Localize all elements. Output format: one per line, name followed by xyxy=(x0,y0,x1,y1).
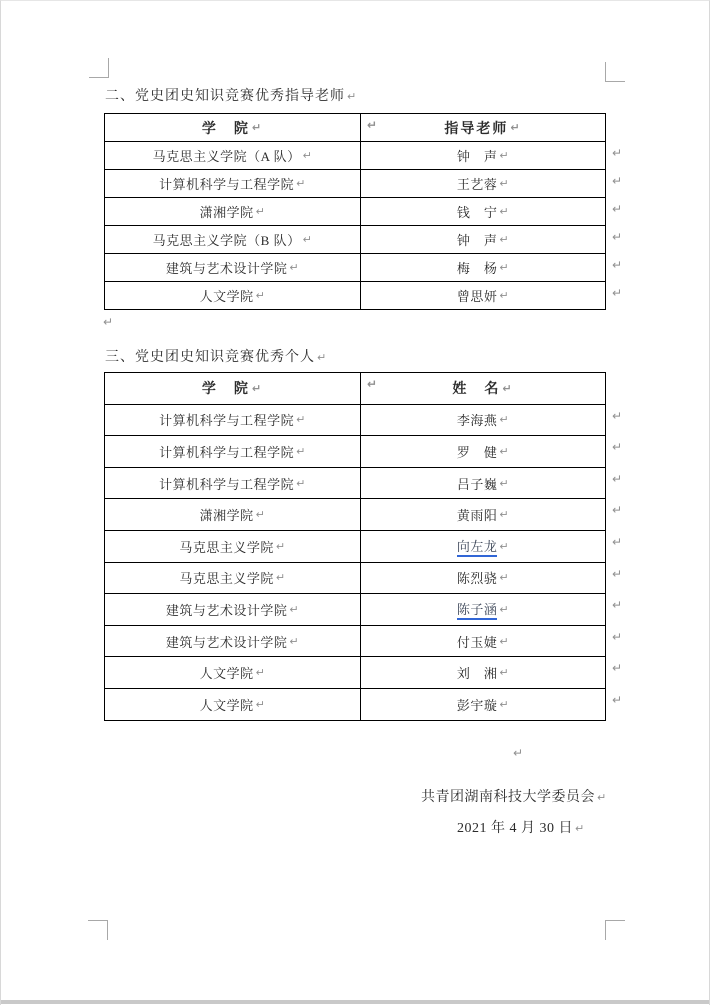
name-text: 黄雨阳 xyxy=(457,505,498,524)
paragraph-mark: ↵ xyxy=(499,666,509,679)
table-row: 计算机科学与工程学院↵李海燕↵↵ xyxy=(105,404,606,436)
section-2-title: 二、党史团史知识竞赛优秀指导老师↵ xyxy=(105,88,357,105)
name-cell: 付玉婕↵↵ xyxy=(361,625,606,657)
college-text: 潇湘学院 xyxy=(200,202,254,221)
paragraph-mark: ↵ xyxy=(289,261,299,274)
table-row: 人文学院↵彭宇璇↵↵ xyxy=(105,688,606,720)
paragraph-mark: ↵ xyxy=(513,746,523,760)
college-text: 马克思主义学院（A 队） xyxy=(153,146,301,165)
name-cell: 王艺蓉↵↵ xyxy=(361,170,606,198)
margin-crop-mark-top-right xyxy=(605,62,625,82)
paragraph-mark: ↵ xyxy=(575,822,585,835)
college-text: 马克思主义学院（B 队） xyxy=(153,230,301,249)
college-text: 建筑与艺术设计学院 xyxy=(166,258,288,277)
row-end-mark: ↵ xyxy=(612,230,623,244)
paragraph-mark: ↵ xyxy=(502,382,513,395)
name-text: 王艺蓉 xyxy=(457,174,498,193)
header-text: 学 院 xyxy=(202,378,250,398)
paragraph-mark: ↵ xyxy=(256,205,266,218)
paragraph-mark: ↵ xyxy=(510,121,521,134)
table-header-row: 学 院↵↵ 指导老师↵ xyxy=(105,114,606,142)
row-end-mark: ↵ xyxy=(612,286,623,300)
name-cell: 陈烈骁↵↵ xyxy=(361,562,606,594)
name-cell: 黄雨阳↵↵ xyxy=(361,499,606,531)
paragraph-mark: ↵ xyxy=(303,233,313,246)
paragraph-mark: ↵ xyxy=(256,508,266,521)
paragraph-mark: ↵ xyxy=(499,477,509,490)
name-header-cell: 姓 名↵ xyxy=(361,373,606,405)
organization-text: 共青团湖南科技大学委员会 xyxy=(421,790,595,805)
paragraph-mark: ↵ xyxy=(499,289,509,302)
table-row: 马克思主义学院（A 队）↵钟 声↵↵ xyxy=(105,142,606,170)
college-cell: 计算机科学与工程学院↵ xyxy=(105,170,361,198)
college-cell: 计算机科学与工程学院↵ xyxy=(105,436,361,468)
row-end-mark: ↵ xyxy=(612,472,623,486)
name-cell: 彭宇璇↵↵ xyxy=(361,688,606,720)
row-end-mark: ↵ xyxy=(612,693,623,707)
paragraph-mark: ↵ xyxy=(256,666,266,679)
advisors-table: 学 院↵↵ 指导老师↵ 马克思主义学院（A 队）↵钟 声↵↵计算机科学与工程学院… xyxy=(104,113,606,310)
margin-crop-mark-bottom-left xyxy=(88,920,108,940)
row-end-mark: ↵ xyxy=(612,440,623,454)
paragraph-mark: ↵ xyxy=(597,791,607,804)
college-text: 建筑与艺术设计学院 xyxy=(166,600,288,619)
table-row: 马克思主义学院↵向左龙↵↵ xyxy=(105,530,606,562)
college-cell: 潇湘学院↵ xyxy=(105,499,361,531)
section-3-title: 三、党史团史知识竞赛优秀个人↵ xyxy=(105,349,327,366)
college-text: 人文学院 xyxy=(200,663,254,682)
signature-date: 2021 年 4 月 30 日↵ xyxy=(457,817,585,837)
document-page: 二、党史团史知识竞赛优秀指导老师↵ 学 院↵↵ 指导老师↵ 马克思主义学院（A … xyxy=(0,0,710,1005)
row-end-mark: ↵ xyxy=(612,258,623,272)
name-cell: 吕子巍↵↵ xyxy=(361,467,606,499)
paragraph-mark: ↵ xyxy=(499,635,509,648)
paragraph-mark: ↵ xyxy=(256,698,266,711)
college-header-cell: 学 院↵↵ xyxy=(105,114,361,142)
name-text: 陈烈骁 xyxy=(457,568,498,587)
table-row: 计算机科学与工程学院↵吕子巍↵↵ xyxy=(105,467,606,499)
signature-organization: 共青团湖南科技大学委员会↵ xyxy=(421,786,607,806)
row-end-mark: ↵ xyxy=(612,409,623,423)
row-end-mark: ↵ xyxy=(612,567,623,581)
row-end-mark: ↵ xyxy=(612,174,623,188)
table-row: 潇湘学院↵钱 宁↵↵ xyxy=(105,198,606,226)
name-cell: 钱 宁↵↵ xyxy=(361,198,606,226)
table-row: 马克思主义学院↵陈烈骁↵↵ xyxy=(105,562,606,594)
college-cell: 建筑与艺术设计学院↵ xyxy=(105,254,361,282)
margin-crop-mark-bottom-right xyxy=(605,920,625,940)
paragraph-mark: ↵ xyxy=(256,289,266,302)
header-text: 学 院 xyxy=(202,118,250,138)
college-text: 计算机科学与工程学院 xyxy=(159,410,294,429)
paragraph-mark: ↵ xyxy=(289,635,299,648)
paragraph-mark: ↵ xyxy=(303,149,313,162)
college-text: 潇湘学院 xyxy=(200,505,254,524)
college-cell: 计算机科学与工程学院↵ xyxy=(105,467,361,499)
name-text: 曾思妍 xyxy=(457,286,498,305)
name-link[interactable]: 向左龙 xyxy=(457,536,498,557)
college-cell: 马克思主义学院（A 队）↵ xyxy=(105,142,361,170)
paragraph-mark: ↵ xyxy=(499,508,509,521)
paragraph-mark: ↵ xyxy=(499,413,509,426)
paragraph-mark: ↵ xyxy=(499,149,509,162)
paragraph-mark: ↵ xyxy=(252,382,263,395)
college-cell: 人文学院↵ xyxy=(105,657,361,689)
individuals-table: 学 院↵↵ 姓 名↵ 计算机科学与工程学院↵李海燕↵↵计算机科学与工程学院↵罗 … xyxy=(104,372,606,721)
name-cell: 陈子涵↵↵ xyxy=(361,594,606,626)
name-text: 钟 声 xyxy=(457,230,498,249)
paragraph-mark: ↵ xyxy=(499,540,509,553)
paragraph-mark: ↵ xyxy=(296,413,306,426)
paragraph-mark: ↵ xyxy=(317,351,327,364)
college-text: 计算机科学与工程学院 xyxy=(159,174,294,193)
header-text: 姓 名 xyxy=(452,378,500,398)
name-text: 彭宇璇 xyxy=(457,695,498,714)
paragraph-mark: ↵ xyxy=(499,261,509,274)
header-text: 指导老师 xyxy=(444,118,508,138)
table-row: 马克思主义学院（B 队）↵钟 声↵↵ xyxy=(105,226,606,254)
college-text: 计算机科学与工程学院 xyxy=(159,474,294,493)
section-3-title-text: 三、党史团史知识竞赛优秀个人 xyxy=(105,350,315,365)
row-end-mark: ↵ xyxy=(612,661,623,675)
name-cell: 刘 湘↵↵ xyxy=(361,657,606,689)
college-cell: 潇湘学院↵ xyxy=(105,198,361,226)
paragraph-mark: ↵ xyxy=(103,315,113,329)
paragraph-mark: ↵ xyxy=(296,445,306,458)
college-text: 马克思主义学院 xyxy=(179,568,274,587)
table-row: 潇湘学院↵黄雨阳↵↵ xyxy=(105,499,606,531)
paragraph-mark: ↵ xyxy=(296,177,306,190)
date-text: 2021 年 4 月 30 日 xyxy=(457,821,573,836)
college-cell: 马克思主义学院（B 队）↵ xyxy=(105,226,361,254)
name-link[interactable]: 陈子涵 xyxy=(457,599,498,620)
row-end-mark: ↵ xyxy=(612,630,623,644)
table-header-row: 学 院↵↵ 姓 名↵ xyxy=(105,373,606,405)
table-row: 人文学院↵刘 湘↵↵ xyxy=(105,657,606,689)
college-text: 计算机科学与工程学院 xyxy=(159,442,294,461)
page-bottom-edge xyxy=(1,1000,709,1004)
name-cell: 罗 健↵↵ xyxy=(361,436,606,468)
name-cell: 钟 声↵↵ xyxy=(361,142,606,170)
name-cell: 向左龙↵↵ xyxy=(361,530,606,562)
name-text: 钟 声 xyxy=(457,146,498,165)
college-cell: 人文学院↵ xyxy=(105,282,361,310)
paragraph-mark: ↵ xyxy=(499,177,509,190)
college-text: 人文学院 xyxy=(200,286,254,305)
paragraph-mark: ↵ xyxy=(499,205,509,218)
name-cell: 梅 杨↵↵ xyxy=(361,254,606,282)
name-cell: 李海燕↵↵ xyxy=(361,404,606,436)
name-text: 付玉婕 xyxy=(457,632,498,651)
paragraph-mark: ↵ xyxy=(499,233,509,246)
row-end-mark: ↵ xyxy=(612,202,623,216)
name-text: 吕子巍 xyxy=(457,474,498,493)
name-cell: 曾思妍↵↵ xyxy=(361,282,606,310)
college-text: 马克思主义学院 xyxy=(179,537,274,556)
table-row: 人文学院↵曾思妍↵↵ xyxy=(105,282,606,310)
paragraph-mark: ↵ xyxy=(499,603,509,616)
paragraph-mark: ↵ xyxy=(499,698,509,711)
table-row: 建筑与艺术设计学院↵梅 杨↵↵ xyxy=(105,254,606,282)
college-cell: 建筑与艺术设计学院↵ xyxy=(105,594,361,626)
college-cell: 人文学院↵ xyxy=(105,688,361,720)
paragraph-mark: ↵ xyxy=(276,571,286,584)
row-end-mark: ↵ xyxy=(612,535,623,549)
paragraph-mark: ↵ xyxy=(347,90,357,103)
college-cell: 马克思主义学院↵ xyxy=(105,530,361,562)
advisor-header-cell: 指导老师↵ xyxy=(361,114,606,142)
paragraph-mark: ↵ xyxy=(296,477,306,490)
college-cell: 马克思主义学院↵ xyxy=(105,562,361,594)
name-text: 罗 健 xyxy=(457,442,498,461)
paragraph-mark: ↵ xyxy=(252,121,263,134)
name-text: 刘 湘 xyxy=(457,663,498,682)
college-text: 建筑与艺术设计学院 xyxy=(166,632,288,651)
table-row: 计算机科学与工程学院↵罗 健↵↵ xyxy=(105,436,606,468)
name-text: 李海燕 xyxy=(457,410,498,429)
name-cell: 钟 声↵↵ xyxy=(361,226,606,254)
row-end-mark: ↵ xyxy=(612,503,623,517)
paragraph-mark: ↵ xyxy=(499,445,509,458)
college-cell: 计算机科学与工程学院↵ xyxy=(105,404,361,436)
college-cell: 建筑与艺术设计学院↵ xyxy=(105,625,361,657)
table-row: 建筑与艺术设计学院↵付玉婕↵↵ xyxy=(105,625,606,657)
margin-crop-mark-top-left xyxy=(89,58,109,78)
college-header-cell: 学 院↵↵ xyxy=(105,373,361,405)
name-text: 钱 宁 xyxy=(457,202,498,221)
paragraph-mark: ↵ xyxy=(276,540,286,553)
paragraph-mark: ↵ xyxy=(499,571,509,584)
paragraph-mark: ↵ xyxy=(289,603,299,616)
college-text: 人文学院 xyxy=(200,695,254,714)
name-text: 梅 杨 xyxy=(457,258,498,277)
section-2-title-text: 二、党史团史知识竞赛优秀指导老师 xyxy=(105,89,345,104)
table-row: 计算机科学与工程学院↵王艺蓉↵↵ xyxy=(105,170,606,198)
table-row: 建筑与艺术设计学院↵陈子涵↵↵ xyxy=(105,594,606,626)
row-end-mark: ↵ xyxy=(612,146,623,160)
row-end-mark: ↵ xyxy=(612,598,623,612)
